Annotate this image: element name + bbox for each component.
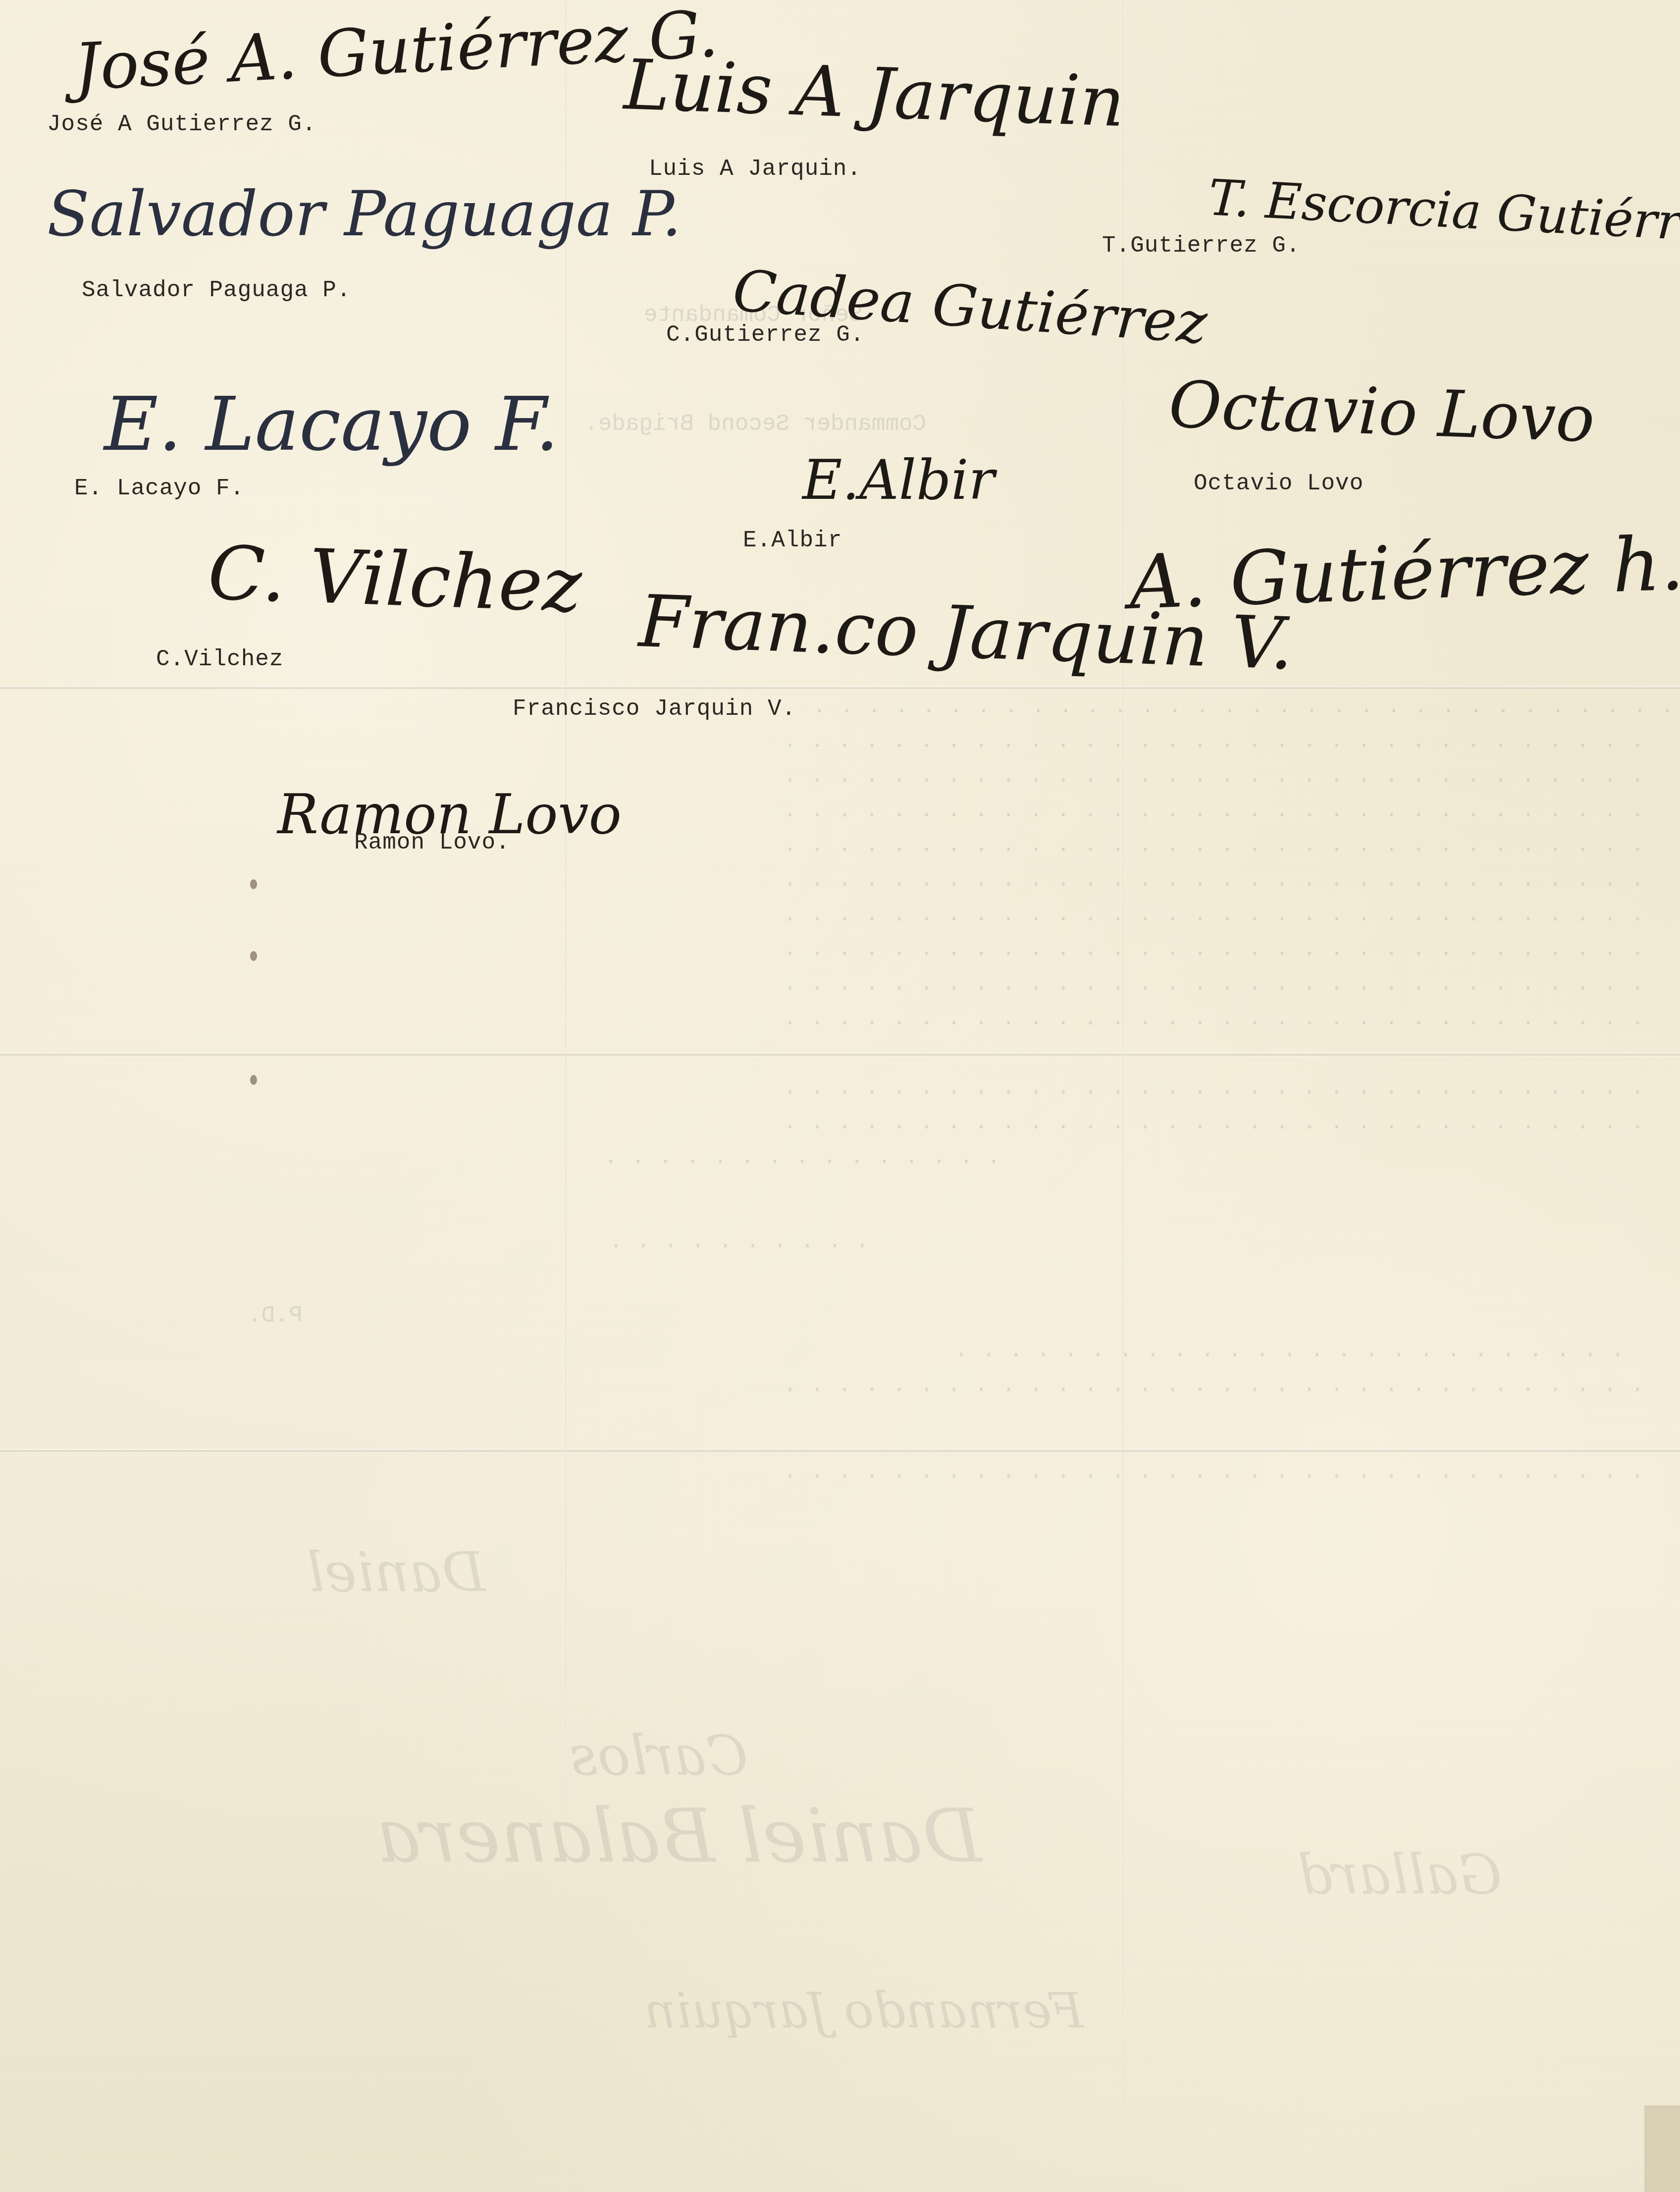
signature: E. Lacayo F. [104, 381, 559, 468]
punch-hole [250, 879, 257, 889]
bleed-through-text: Commander Second Brigade. [584, 411, 926, 437]
bleed-through-signature: Carlos [570, 1724, 748, 1787]
bleed-through-text: . . . . . . . . . . [609, 1229, 869, 1254]
punch-hole [250, 951, 257, 961]
typed-name: T.Gutierrez G. [1102, 233, 1300, 259]
bleed-through-signature: Fernando Jarquin [644, 1981, 1084, 2039]
bleed-through-text: . . . . . . . . . . . . . . . . . . . . … [258, 1006, 1644, 1031]
bleed-through-text: . . . . . . . . . . . . . . . . . . . . … [258, 1110, 1644, 1135]
typed-name: Francisco Jarquin V. [513, 696, 796, 722]
bleed-through-signature: Daniel [307, 1541, 485, 1604]
typed-name: José A Gutierrez G. [47, 111, 316, 137]
typed-name: C.Vilchez [156, 646, 283, 672]
bleed-through-signature: Daniel Balanera [376, 1793, 982, 1879]
bleed-through-text: P.D. [248, 1303, 302, 1329]
punch-hole [250, 1075, 257, 1085]
paper-fold [0, 1053, 1680, 1057]
bleed-through-signature: Gallard [1298, 1843, 1502, 1906]
signature: Luis A Jarquin [623, 45, 1126, 143]
bleed-through-text: . . . . . . . . . . . . . . . . . . . . … [258, 728, 1644, 754]
bleed-through-text: . . . . . . . . . . . . . . . . . . . . … [258, 1459, 1644, 1485]
bleed-through-text: . . . . . . . . . . . . . . . . . . . . … [258, 902, 1644, 927]
bleed-through-text: . . . . . . . . . . . . . . . . . . . . … [258, 867, 1644, 893]
typed-name: Salvador Paguaga P. [82, 277, 351, 303]
signature: Octavio Lovo [1167, 367, 1596, 457]
signature: A. Gutiérrez h. [1128, 521, 1680, 626]
signature: José A. Gutiérrez G. [72, 0, 720, 105]
typed-name: C.Gutierrez G. [666, 322, 864, 348]
typed-name: Octavio Lovo [1194, 471, 1364, 496]
bleed-through-text: . . . . . . . . . . . . . . . . . . . . … [258, 1372, 1644, 1398]
signature: Salvador Paguaga P. [47, 178, 682, 250]
document-page: Señor Comandante Commander Second Brigad… [0, 0, 1680, 2192]
bleed-through-text: . . . . . . . . . . . . . . . . . . . . … [258, 1075, 1644, 1101]
bleed-through-text: . . . . . . . . . . . . . . . . . . . . … [287, 694, 1674, 719]
bleed-through-text: . . . . . . . . . . . . . . . . . . . . … [258, 936, 1644, 962]
bleed-through-text: . . . . . . . . . . . . . . . [258, 1144, 1000, 1170]
signature: E.Albir [802, 448, 995, 512]
torn-corner [1644, 2105, 1680, 2192]
typed-name: E. Lacayo F. [74, 476, 244, 501]
paper-fold [0, 1449, 1680, 1453]
bleed-through-text: . . . . . . . . . . . . . . . . . . . . … [337, 1337, 1625, 1363]
typed-name: E.Albir [743, 528, 842, 553]
paper-fold [0, 686, 1680, 690]
typed-name: Ramon Lovo. [354, 830, 510, 855]
bleed-through-text: . . . . . . . . . . . . . . . . . . . . … [258, 971, 1644, 997]
signature: C. Vilchez [207, 530, 583, 629]
